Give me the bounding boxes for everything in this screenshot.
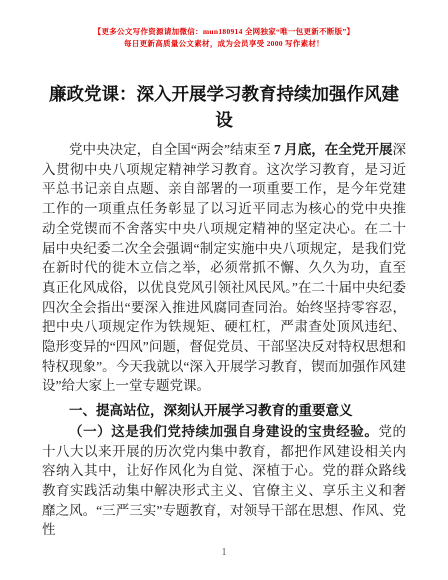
document-page: 【更多公文写作资源请加微信：mun180914 全网独家“唯一包更新不断版”】 … xyxy=(0,0,448,580)
document-body: 党中央决定，自全国“两会”结束至 7 月底，在全党开展深入贯彻中央八项规定精神学… xyxy=(42,140,406,540)
text-run: 党的十八大以来开展的历次党内集中教育，都把作风建设相关内容纳入其中，让好作风化为… xyxy=(42,424,406,538)
section-heading: 一、提高站位，深刻认开展学习教育的重要意义 xyxy=(42,401,406,421)
promo-header: 【更多公文写作资源请加微信：mun180914 全网独家“唯一包更新不断版”】 … xyxy=(42,26,406,50)
document-title: 廉政党课：深入开展学习教育持续加强作风建设 xyxy=(42,81,406,133)
text-run: 7 月底，在全党开展 xyxy=(274,142,392,157)
text-run: 党中央决定，自全国“两会”结束至 xyxy=(69,142,274,157)
page-number: 1 xyxy=(0,547,448,558)
paragraph: （一）这是我们党持续加强自身建设的宝贵经验。党的十八大以来开展的历次党内集中教育… xyxy=(42,422,406,540)
text-run: （一）这是我们党持续加强自身建设的宝贵经验。 xyxy=(69,424,378,439)
promo-line-2: 每日更新高质量公文素材，成为会员享受 2000 写作素材！ xyxy=(42,38,406,50)
text-run: 一、提高站位，深刻认开展学习教育的重要意义 xyxy=(69,403,353,418)
text-run: 深入贯彻中央八项规定精神学习教育。这次学习教育，是习近平总书记亲自点题、亲自部署… xyxy=(42,142,406,393)
paragraph: 党中央决定，自全国“两会”结束至 7 月底，在全党开展深入贯彻中央八项规定精神学… xyxy=(42,140,406,396)
promo-line-1: 【更多公文写作资源请加微信：mun180914 全网独家“唯一包更新不断版”】 xyxy=(42,26,406,38)
